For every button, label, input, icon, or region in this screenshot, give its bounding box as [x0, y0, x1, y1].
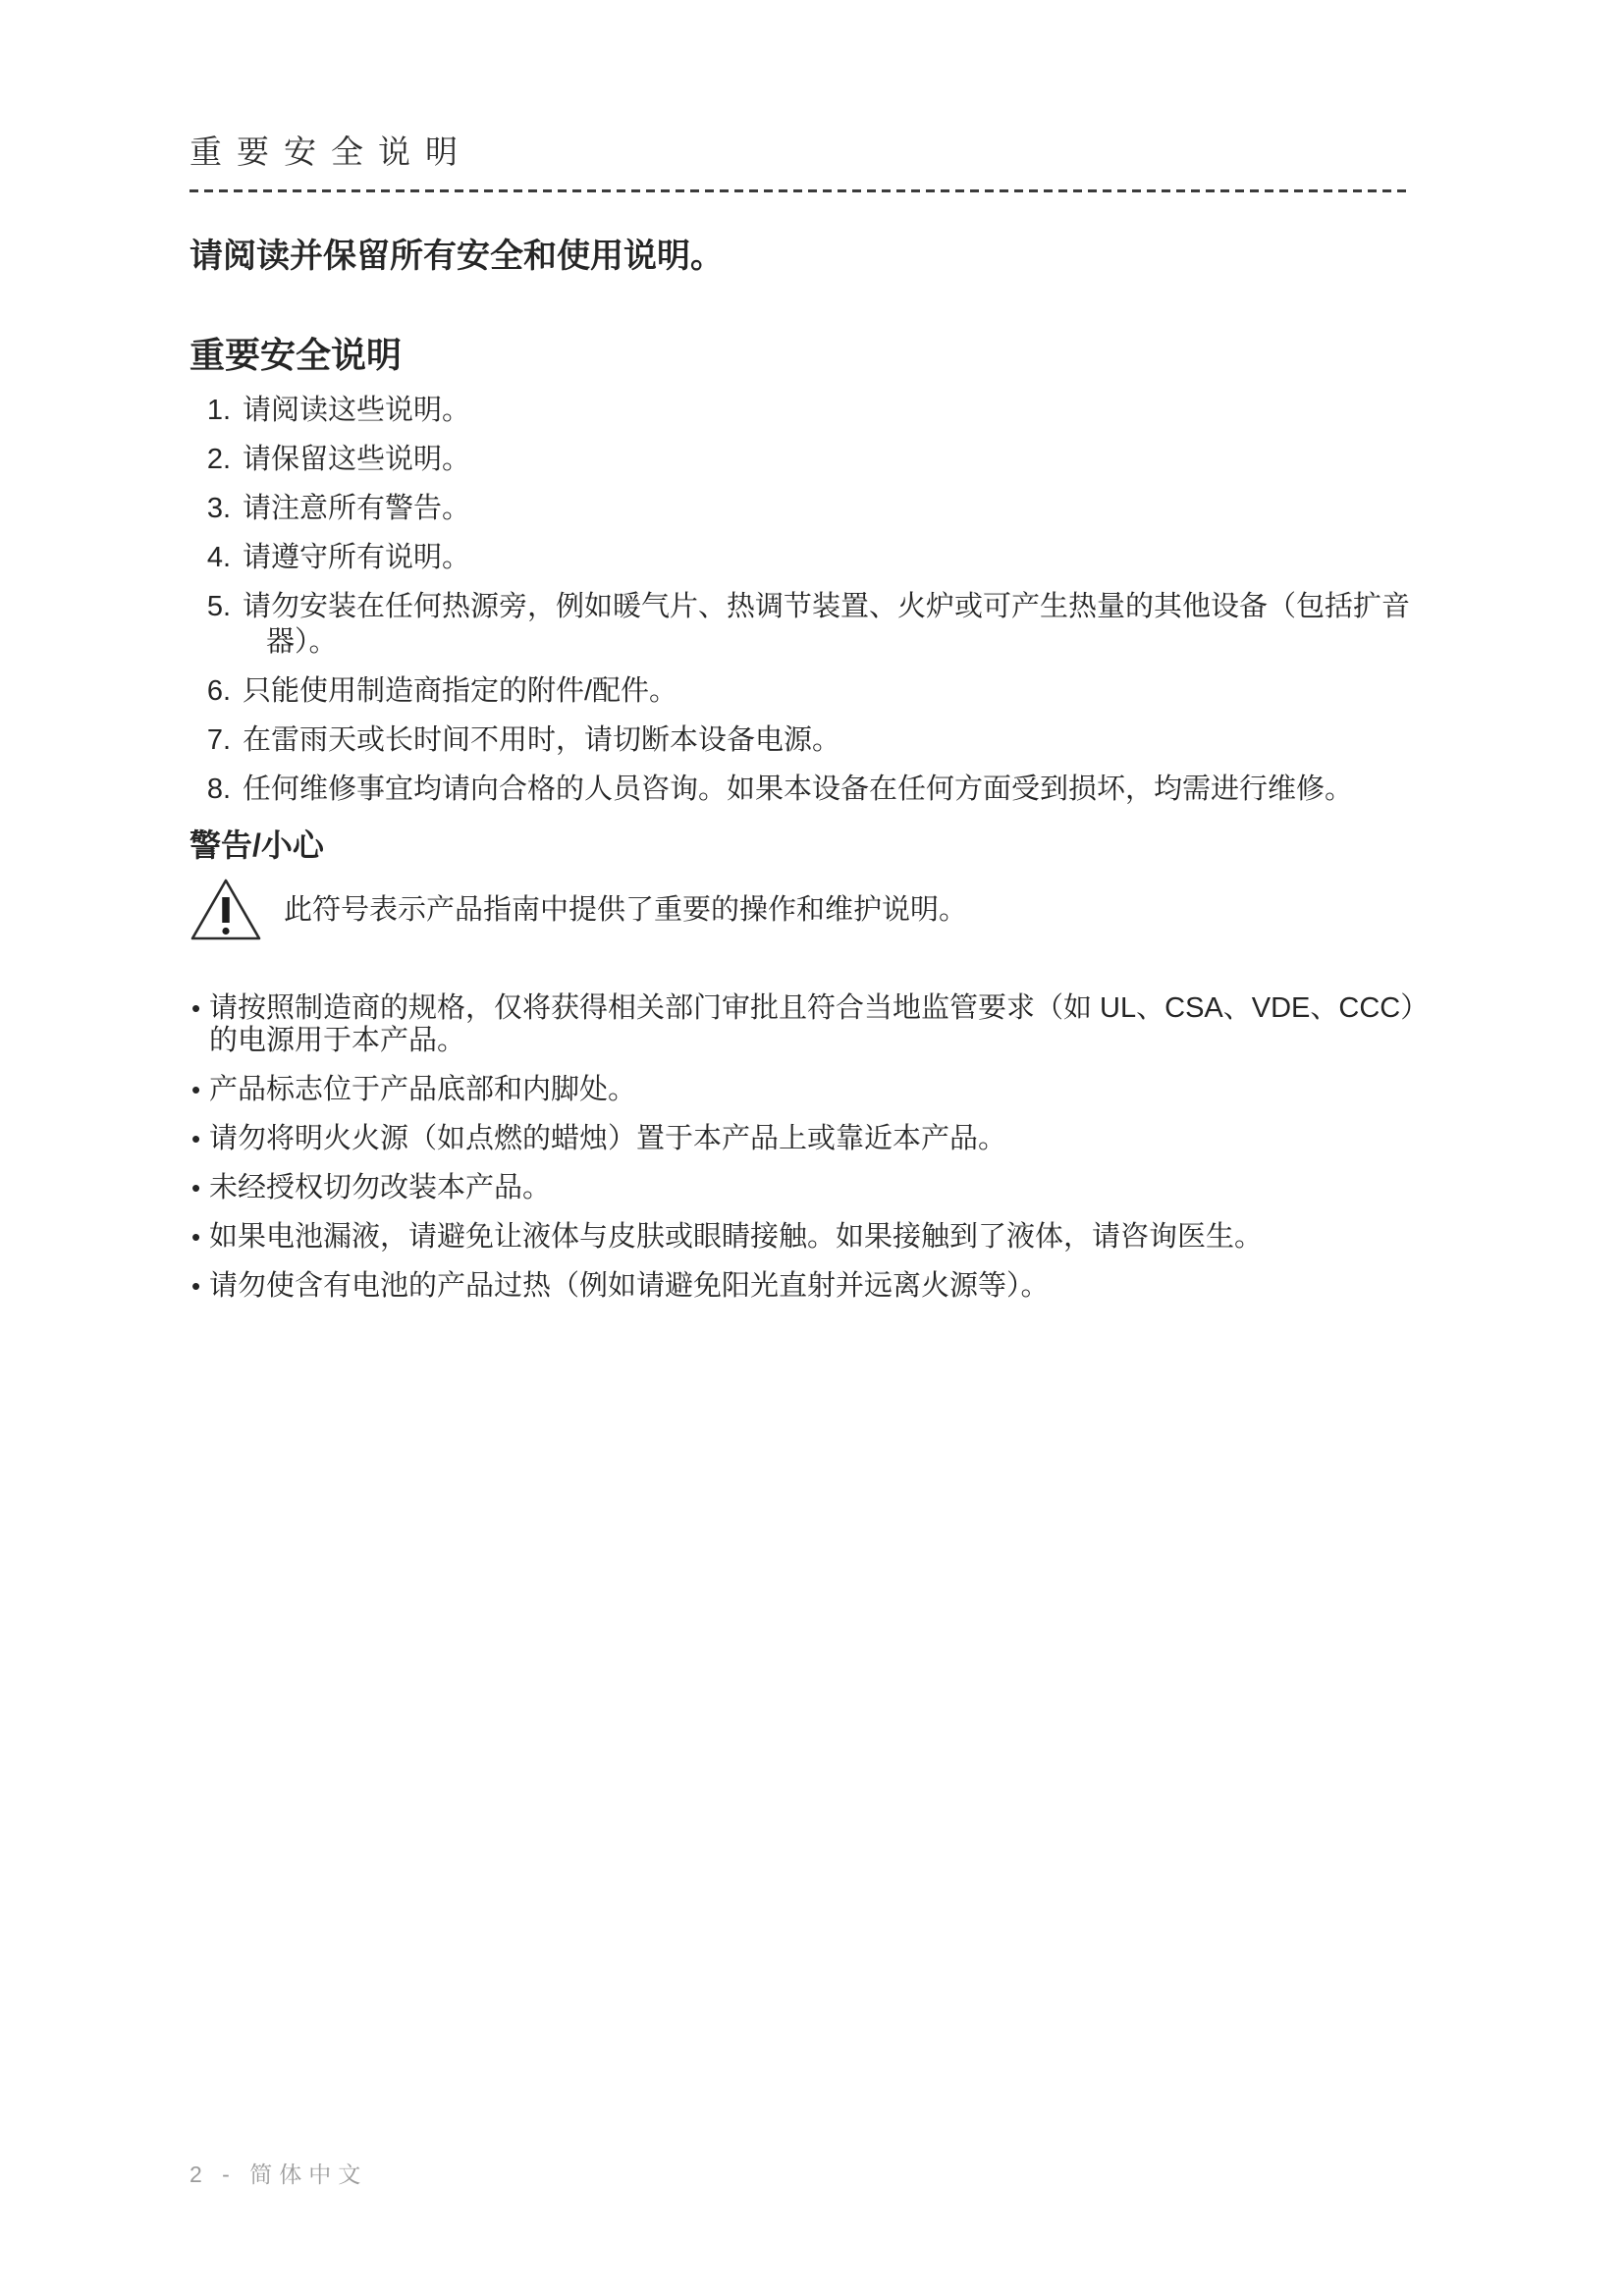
list-item: 2. 请保留这些说明。: [189, 442, 1436, 477]
list-item-text: 请注意所有警告。: [243, 491, 470, 526]
manual-page: 重要安全说明 请阅读并保留所有安全和使用说明。 重要安全说明 1. 请阅读这些说…: [0, 0, 1624, 2296]
list-item-number: 3.: [189, 491, 243, 526]
dashed-divider: [189, 189, 1410, 192]
list-item-number: 4.: [189, 540, 243, 575]
section-title: 重要安全说明: [189, 336, 1436, 375]
warning-caution-title: 警告/小心: [189, 828, 1436, 863]
intro-statement: 请阅读并保留所有安全和使用说明。: [189, 239, 1436, 275]
list-item: • 产品标志位于产品底部和内脚处。: [189, 1074, 1436, 1106]
bullet-icon: •: [189, 1123, 209, 1155]
list-item-text: 请阅读这些说明。: [243, 393, 470, 428]
list-item: • 请勿将明火火源（如点燃的蜡烛）置于本产品上或靠近本产品。: [189, 1123, 1436, 1155]
list-item-text: 请勿安装在任何热源旁，例如暖气片、热调节装置、火炉或可产生热量的其他设备（包括扩…: [243, 589, 1436, 660]
warning-note: 此符号表示产品指南中提供了重要的操作和维护说明。: [189, 877, 1436, 943]
list-item-text: 任何维修事宜均请向合格的人员咨询。如果本设备在任何方面受到损坏，均需进行维修。: [243, 772, 1353, 807]
bullet-text: 请勿将明火火源（如点燃的蜡烛）置于本产品上或靠近本产品。: [209, 1123, 1006, 1155]
warning-triangle-icon: [189, 877, 262, 943]
list-item: • 如果电池漏液，请避免让液体与皮肤或眼睛接触。如果接触到了液体，请咨询医生。: [189, 1221, 1436, 1254]
bullet-icon: •: [189, 1221, 209, 1254]
list-item-text: 只能使用制造商指定的附件/配件。: [243, 673, 677, 709]
bullet-text: 请勿使含有电池的产品过热（例如请避免阳光直射并远离火源等）。: [209, 1270, 1050, 1303]
warning-text: 此符号表示产品指南中提供了重要的操作和维护说明。: [284, 893, 967, 927]
list-item-text: 请遵守所有说明。: [243, 540, 470, 575]
list-item: 5. 请勿安装在任何热源旁，例如暖气片、热调节装置、火炉或可产生热量的其他设备（…: [189, 589, 1436, 660]
list-item-text: 请保留这些说明。: [243, 442, 470, 477]
bullet-text: 未经授权切勿改装本产品。: [209, 1172, 551, 1204]
bullet-list: • 请按照制造商的规格，仅将获得相关部门审批且符合当地监管要求（如 UL、CSA…: [189, 992, 1436, 1303]
bullet-text: 产品标志位于产品底部和内脚处。: [209, 1074, 636, 1106]
page-footer: 2 - 简体中文: [189, 2162, 367, 2189]
list-item-number: 8.: [189, 772, 243, 807]
page-content: 重要安全说明 请阅读并保留所有安全和使用说明。 重要安全说明 1. 请阅读这些说…: [189, 0, 1436, 1319]
list-item: • 未经授权切勿改装本产品。: [189, 1172, 1436, 1204]
list-item: • 请按照制造商的规格，仅将获得相关部门审批且符合当地监管要求（如 UL、CSA…: [189, 992, 1436, 1057]
list-item-number: 5.: [189, 589, 243, 624]
list-item: • 请勿使含有电池的产品过热（例如请避免阳光直射并远离火源等）。: [189, 1270, 1436, 1303]
list-item: 4. 请遵守所有说明。: [189, 540, 1436, 575]
list-item-text: 在雷雨天或长时间不用时，请切断本设备电源。: [243, 722, 840, 758]
bullet-icon: •: [189, 992, 209, 1025]
list-item: 1. 请阅读这些说明。: [189, 393, 1436, 428]
bullet-icon: •: [189, 1172, 209, 1204]
list-item: 6. 只能使用制造商指定的附件/配件。: [189, 673, 1436, 709]
bullet-icon: •: [189, 1270, 209, 1303]
list-item-number: 1.: [189, 393, 243, 428]
list-item: 7. 在雷雨天或长时间不用时，请切断本设备电源。: [189, 722, 1436, 758]
bullet-text: 请按照制造商的规格，仅将获得相关部门审批且符合当地监管要求（如 UL、CSA、V…: [209, 992, 1436, 1057]
list-item-number: 7.: [189, 722, 243, 758]
list-item: 3. 请注意所有警告。: [189, 491, 1436, 526]
numbered-list: 1. 请阅读这些说明。 2. 请保留这些说明。 3. 请注意所有警告。 4. 请…: [189, 393, 1436, 807]
bullet-text: 如果电池漏液，请避免让液体与皮肤或眼睛接触。如果接触到了液体，请咨询医生。: [209, 1221, 1263, 1254]
list-item-number: 2.: [189, 442, 243, 477]
list-item-number: 6.: [189, 673, 243, 709]
bullet-icon: •: [189, 1074, 209, 1106]
page-title: 重要安全说明: [189, 135, 1436, 168]
list-item: 8. 任何维修事宜均请向合格的人员咨询。如果本设备在任何方面受到损坏，均需进行维…: [189, 772, 1436, 807]
